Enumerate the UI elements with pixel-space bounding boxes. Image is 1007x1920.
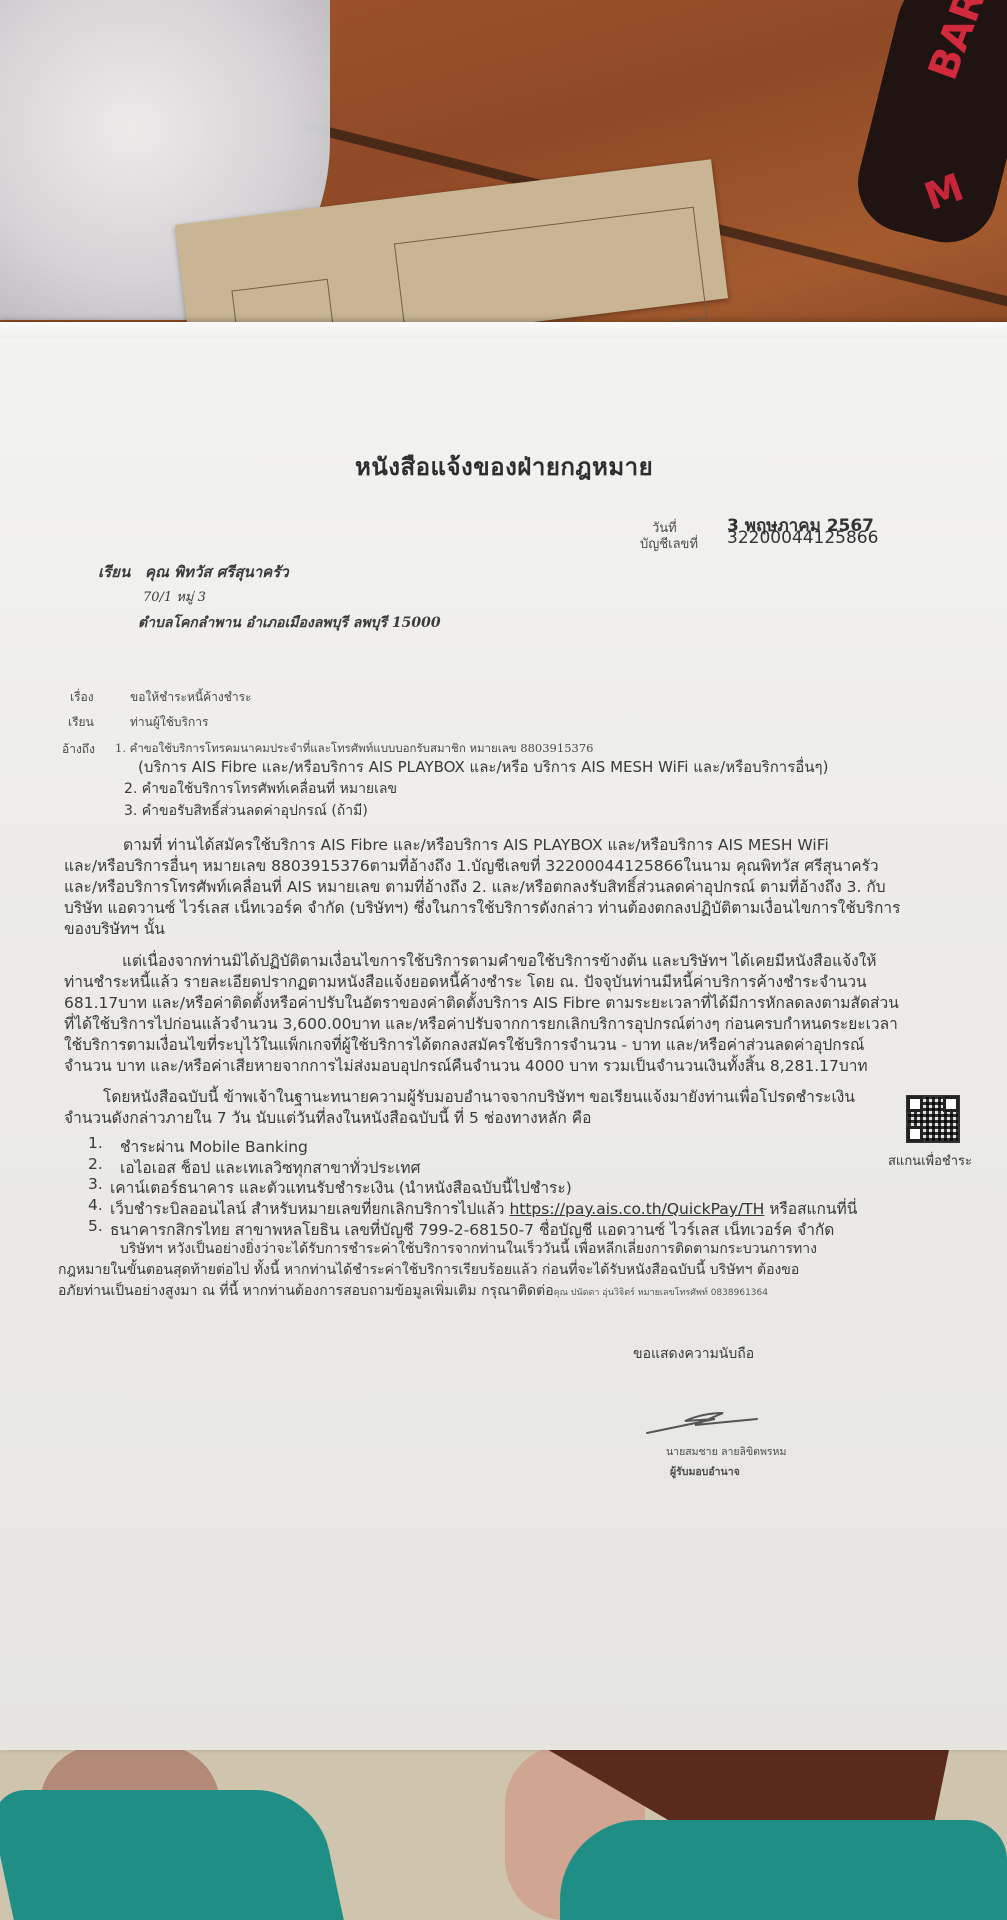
subject-value: ขอให้ชำระหนี้ค้างชำระ — [130, 688, 251, 707]
subject-label: เรื่อง — [70, 688, 94, 707]
channel-4-text: เว็บชำระบิลออนไลน์ สำหรับหมายเลขที่ยกเลิ… — [110, 1200, 509, 1218]
paper-edge — [0, 322, 1007, 338]
reference-1-services: (บริการ AIS Fibre และ/หรือบริการ AIS PLA… — [138, 755, 828, 779]
qr-finder — [907, 1096, 923, 1112]
addressee-name: คุณ พิทวัส ศรีสุนาครัว — [145, 560, 289, 584]
account-value: 32200044125866 — [727, 528, 878, 548]
channel-4-number: 4. — [88, 1196, 103, 1214]
qr-finder — [943, 1096, 959, 1112]
paragraph1-line4: บริษัท แอดวานซ์ ไวร์เลส เน็ทเวอร์ค จำกัด… — [64, 895, 900, 920]
pants-right — [560, 1820, 1007, 1920]
paragraph4-line3-text: อภัยท่านเป็นอย่างสูงมา ณ ที่นี้ หากท่านต… — [58, 1283, 554, 1299]
document-title: หนังสือแจ้งของฝ่ายกฎหมาย — [355, 447, 653, 486]
address-line-1: 70/1 หมู่ 3 — [143, 586, 206, 607]
paragraph4-line1: บริษัทฯ หวังเป็นอย่างยิ่งว่าจะได้รับการช… — [120, 1238, 817, 1260]
addressee-label: เรียน — [98, 560, 130, 584]
channel-4-suffix: หรือสแกนที่นี่ — [764, 1200, 857, 1218]
signature-icon — [645, 1405, 765, 1435]
channel-2-number: 2. — [88, 1155, 103, 1173]
pants-left — [0, 1790, 344, 1920]
channel-1-number: 1. — [88, 1134, 103, 1152]
qr-label: สแกนเพื่อชำระ — [888, 1150, 972, 1171]
reference-label: อ้างถึง — [62, 740, 95, 759]
account-label: บัญชีเลขที่ — [640, 533, 698, 554]
contact-person: คุณ ปนัดดา อุ่นวิจิตร์ หมายเลขโทรศัพท์ 0… — [554, 1288, 768, 1298]
paragraph3-line2: จำนวนดังกล่าวภายใน 7 วัน นับแต่วันที่ลงใ… — [64, 1105, 591, 1130]
to-label: เรียน — [68, 713, 94, 732]
paragraph2-line6: จำนวน บาท และ/หรือค่าเสียหายจากการไม่ส่ง… — [64, 1053, 868, 1078]
quickpay-link[interactable]: https://pay.ais.co.th/QuickPay/TH — [509, 1200, 764, 1218]
reference-3: 3. คำขอรับสิทธิ์ส่วนลดค่าอุปกรณ์ (ถ้ามี) — [124, 800, 368, 822]
payment-qr-code[interactable] — [906, 1095, 960, 1143]
signer-name: นายสมชาย ลายลิขิตพรหม — [666, 1443, 786, 1460]
paragraph1-line5: ของบริษัทฯ นั้น — [64, 916, 165, 941]
reference-2: 2. คำขอใช้บริการโทรศัพท์เคลื่อนที่ หมายเ… — [124, 778, 397, 800]
signer-title: ผู้รับมอบอำนาจ — [670, 1463, 740, 1480]
paragraph4-line3: อภัยท่านเป็นอย่างสูงมา ณ ที่นี้ หากท่านต… — [58, 1280, 768, 1302]
channel-5-number: 5. — [88, 1217, 103, 1235]
channel-3-number: 3. — [88, 1175, 103, 1193]
address-line-2: ตำบลโคกลำพาน อำเภอเมืองลพบุรี ลพบุรี 150… — [138, 612, 441, 634]
closing-text: ขอแสดงความนับถือ — [633, 1343, 754, 1365]
paragraph4-line2: กฎหมายในขั้นตอนสุดท้ายต่อไป ทั้งนี้ หากท… — [58, 1259, 799, 1281]
to-value: ท่านผู้ใช้บริการ — [130, 713, 208, 732]
qr-finder — [907, 1126, 923, 1142]
